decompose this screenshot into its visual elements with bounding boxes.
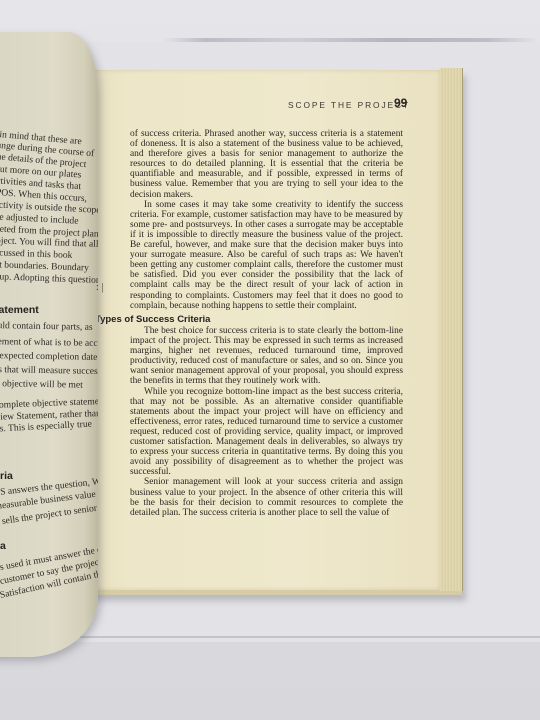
body-text-top: of success criteria. Phrased another way… [130,129,403,311]
sheet-edge-line [70,636,540,638]
page-number: 99 [394,96,407,110]
left-heading: ria [0,470,13,482]
left-heading: Statement [0,304,39,316]
paragraph: of success criteria. Phrased another way… [130,129,403,200]
running-head: SCOPE THE PROJECT [250,100,410,110]
left-line: rics that will measure success [0,364,98,377]
left-heading: a [0,540,6,552]
gutter-mark: : | [96,282,103,293]
paragraph: In some cases it may take some creativit… [130,200,403,311]
paragraph: While you recognize bottom-line impact a… [130,387,403,478]
section-heading: Types of Success Criteria [95,314,210,325]
page-edges [440,68,463,591]
left-line: he expected completion date [0,350,98,363]
left-line: the objective will be met [0,378,83,391]
left-page: ep in mind that these are change during … [0,32,98,657]
left-line: tatement of what is to be accom [0,336,98,349]
left-line: hould contain four parts, as [0,320,93,333]
body-text-section: The best choice for success criteria is … [130,326,403,518]
paragraph: The best choice for success criteria is … [130,326,403,387]
paragraph: Senior management will look at your succ… [130,477,403,517]
